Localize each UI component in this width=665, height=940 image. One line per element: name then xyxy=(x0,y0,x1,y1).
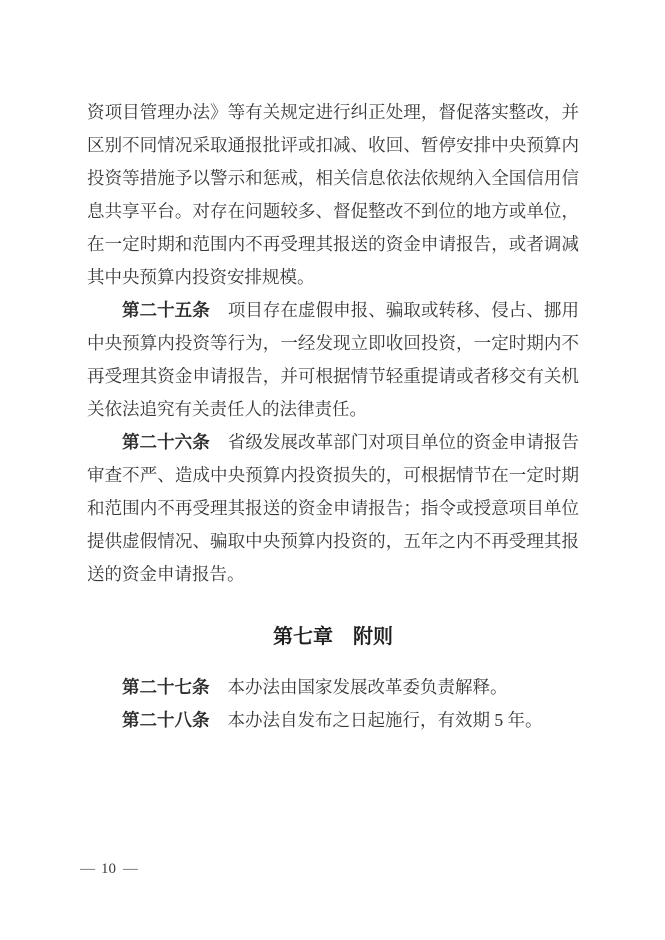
paragraph-continuation: 资项目管理办法》等有关规定进行纠正处理，督促落实整改，并区别不同情况采取通报批评… xyxy=(87,96,579,294)
footer-page-number: 10 xyxy=(101,858,116,880)
article-28: 第二十八条本办法自发布之日起施行，有效期 5 年。 xyxy=(87,704,579,737)
article-26: 第二十六条省级发展改革部门对项目单位的资金申请报告审查不严、造成中央预算内投资损… xyxy=(87,426,579,591)
article-27: 第二十七条本办法由国家发展改革委负责解释。 xyxy=(87,671,579,704)
document-body: 资项目管理办法》等有关规定进行纠正处理，督促落实整改，并区别不同情况采取通报批评… xyxy=(87,96,579,737)
article-28-text: 本办法自发布之日起施行，有效期 5 年。 xyxy=(228,710,543,730)
article-26-number: 第二十六条 xyxy=(122,432,228,452)
document-page: 资项目管理办法》等有关规定进行纠正处理，督促落实整改，并区别不同情况采取通报批评… xyxy=(0,0,665,940)
footer-dash-right: — xyxy=(123,858,137,880)
page-number-footer: — 10 — xyxy=(80,858,137,880)
chapter-7-heading: 第七章 附则 xyxy=(87,621,579,654)
article-25-number: 第二十五条 xyxy=(122,300,228,320)
article-25: 第二十五条项目存在虚假申报、骗取或转移、侵占、挪用中央预算内投资等行为，一经发现… xyxy=(87,294,579,426)
footer-dash-left: — xyxy=(80,858,94,880)
article-27-number: 第二十七条 xyxy=(122,677,228,697)
article-28-number: 第二十八条 xyxy=(122,710,228,730)
article-27-text: 本办法由国家发展改革委负责解释。 xyxy=(228,677,508,697)
article-26-text: 省级发展改革部门对项目单位的资金申请报告审查不严、造成中央预算内投资损失的，可根… xyxy=(87,432,579,584)
